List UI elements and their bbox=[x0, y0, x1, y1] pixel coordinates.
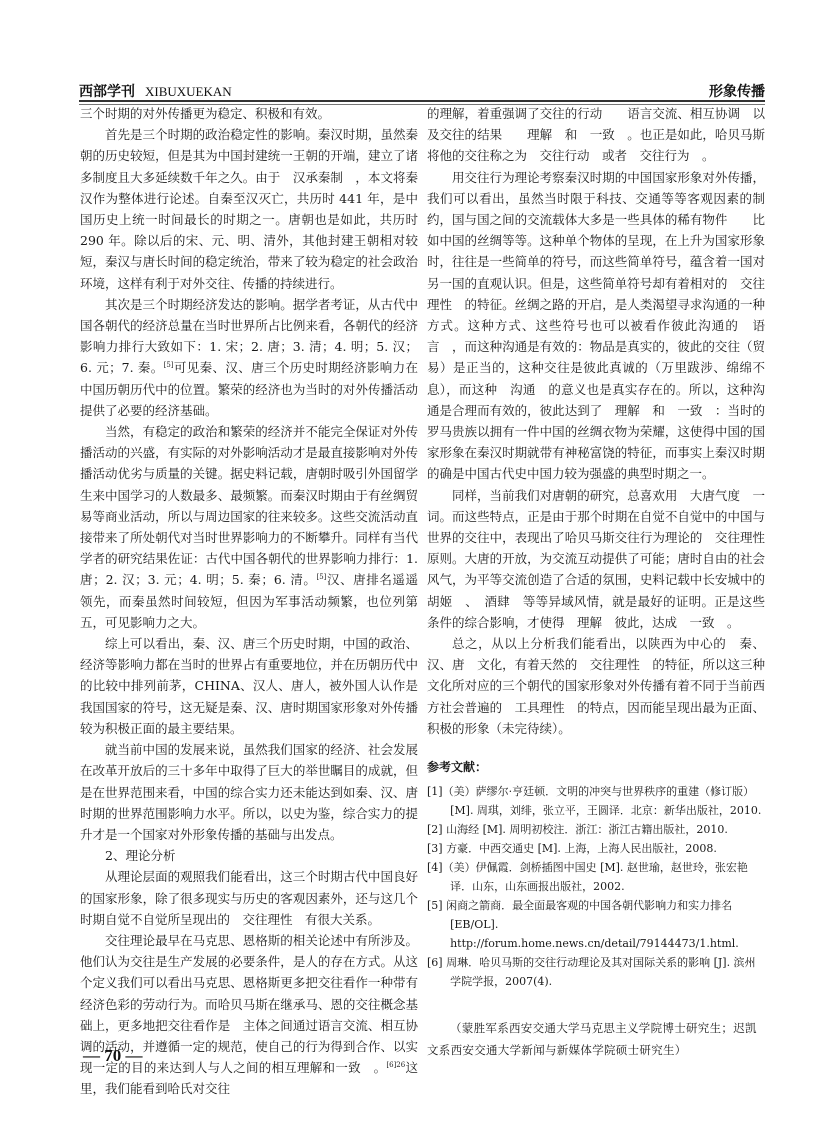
reference-item: [4]（美）伊佩霞．剑桥插图中国史 [M]. 赵世瑜，赵世玲，张宏艳译．山东，山… bbox=[427, 858, 765, 896]
paragraph: 的理解，着重强调了交往的行动 语言交流、相互协调 以及交往的结果 理解 和 一致… bbox=[427, 103, 765, 167]
references-title: 参考文献： bbox=[427, 757, 765, 778]
left-column: 三个时期的对外传播更为稳定、积极和有效。 首先是三个时期的政治稳定性的影响。秦汉… bbox=[80, 103, 418, 1100]
paragraph: 交往理论最早在马克思、恩格斯的相关论述中有所涉及。他们认为交往是生产发展的必要条… bbox=[80, 930, 418, 1100]
paragraph: 首先是三个时期的政治稳定性的影响。秦汉时期，虽然秦朝的历史较短，但是其为中国封建… bbox=[80, 124, 418, 294]
journal-name-en: XIBUXUEKAN bbox=[145, 84, 232, 99]
section-heading: 2、理论分析 bbox=[80, 845, 418, 866]
paragraph: 三个时期的对外传播更为稳定、积极和有效。 bbox=[80, 103, 418, 124]
citation: [5] bbox=[317, 573, 327, 581]
journal-name: 西部学刊XIBUXUEKAN bbox=[79, 81, 232, 101]
right-column: 的理解，着重强调了交往的行动 语言交流、相互协调 以及交往的结果 理解 和 一致… bbox=[427, 103, 765, 1061]
paragraph: 当然，有稳定的政治和繁荣的经济并不能完全保证对外传播活动的兴盛，有实际的对外影响… bbox=[80, 421, 418, 633]
reference-item: [5] 闲商之箭商．最全面最客观的中国各朝代影响力和实力排名 [EB/OL]. … bbox=[427, 896, 765, 953]
paragraph: 用交往行为理论考察秦汉时期的中国国家形象对外传播，我们可以看出，虽然当时限于科技… bbox=[427, 167, 765, 485]
paragraph: 其次是三个时期经济发达的影响。据学者考证，从古代中国各朝代的经济总量在当时世界所… bbox=[80, 294, 418, 421]
author-note: （蒙胜军系西安交通大学马克思主义学院博士研究生；迟凯文系西安交通大学新闻与新媒体… bbox=[427, 1017, 765, 1061]
reference-item: [3] 方豪．中西交通史 [M]. 上海，上海人民出版社，2008. bbox=[427, 839, 765, 858]
journal-name-cn: 西部学刊 bbox=[79, 84, 135, 100]
paragraph: 从理论层面的观照我们能看出，这三个时期古代中国良好的国家形象，除了很多现实与历史… bbox=[80, 866, 418, 930]
running-header: 西部学刊XIBUXUEKAN 形象传播 bbox=[79, 79, 765, 101]
paragraph: 综上可以看出，秦、汉、唐三个历史时期，中国的政治、经济等影响力都在当时的世界占有… bbox=[80, 633, 418, 739]
reference-item: [1]（美）萨缪尔·亨廷顿．文明的冲突与世界秩序的重建（修订版）[M]. 周琪，… bbox=[427, 782, 765, 820]
reference-item: [6] 周琳．哈贝马斯的交往行动理论及其对国际关系的影响 [J]. 滨州学院学报… bbox=[427, 953, 765, 991]
references-list: [1]（美）萨缪尔·亨廷顿．文明的冲突与世界秩序的重建（修订版）[M]. 周琪，… bbox=[427, 782, 765, 991]
paragraph: 同样，当前我们对唐朝的研究，总喜欢用 大唐气度 一词。而这些特点，正是由于那个时… bbox=[427, 485, 765, 633]
citation: [5] bbox=[164, 361, 174, 369]
page-number: — 70 — bbox=[83, 1046, 143, 1066]
citation: [6]26 bbox=[386, 1061, 405, 1069]
paragraph: 总之，从以上分析我们能看出，以陕西为中心的 秦、汉、唐 文化，有着天然的 交往理… bbox=[427, 633, 765, 739]
section-title: 形象传播 bbox=[709, 81, 765, 101]
header-rule-thick bbox=[79, 100, 765, 102]
paragraph: 就当前中国的发展来说，虽然我们国家的经济、社会发展在改革开放后的三十多年中取得了… bbox=[80, 739, 418, 845]
reference-item: [2] 山海经 [M]. 周明初校注．浙江：浙江古籍出版社，2010. bbox=[427, 820, 765, 839]
